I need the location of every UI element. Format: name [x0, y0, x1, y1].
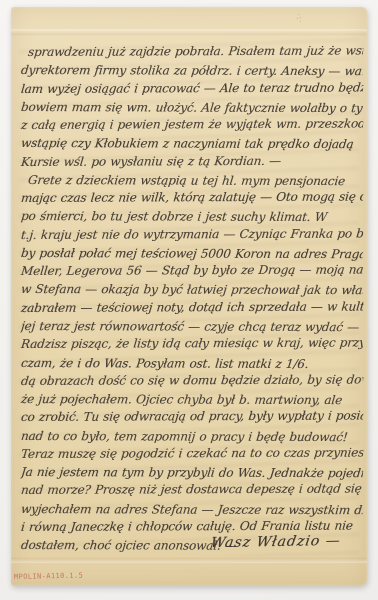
handwritten-line: Radzisz pisząc, że listy idą cały miesią… [20, 334, 364, 354]
handwritten-line: mając czas lecz nie wilk, którą zalatuję… [20, 188, 364, 208]
handwritten-line: dą obrazach dość co się w domu będzie dz… [20, 370, 364, 390]
archival-number: MPOLIN-A110.1.5 [14, 572, 83, 581]
pencil-mark: ·:· [294, 12, 305, 25]
letter-scan: ·:· sprawdzeniu już zajdzie pobrała. Pis… [0, 0, 378, 600]
handwritten-line: z całą energią i pewien jestem że wyjąte… [20, 115, 364, 135]
handwritten-line: t.j. kraju jest nie do wytrzymania — Czy… [20, 224, 364, 244]
handwritten-line: zabrałem — teściowej noty, dotąd ich spr… [20, 297, 364, 317]
handwritten-line: co zrobić. Tu się odwracają od pracy, by… [20, 407, 364, 427]
handwritten-line: nad morze? Proszę niż jest dostawca depe… [20, 480, 364, 500]
paper: ·:· sprawdzeniu już zajdzie pobrała. Pis… [11, 7, 367, 586]
handwritten-line: Meller, Legerova 56 — Stąd by było ze Dr… [20, 261, 364, 281]
handwritten-line: lam wyżej osiągać i pracować — Ale to te… [20, 78, 364, 98]
handwritten-line: Kursie wśl. po wysłaniu się z tą Kordian… [20, 151, 364, 171]
signature: Wasz Władzio — [210, 533, 342, 551]
handwritten-line: Teraz muszę się pogodzić i czekać na to … [20, 443, 364, 463]
fold-crease-bottom [11, 557, 367, 563]
letter-body: sprawdzeniu już zajdzie pobrała. Pisałem… [21, 43, 363, 554]
fold-crease-top [11, 29, 367, 36]
handwritten-line: sprawdzeniu już zajdzie pobrała. Pisałem… [20, 42, 364, 62]
